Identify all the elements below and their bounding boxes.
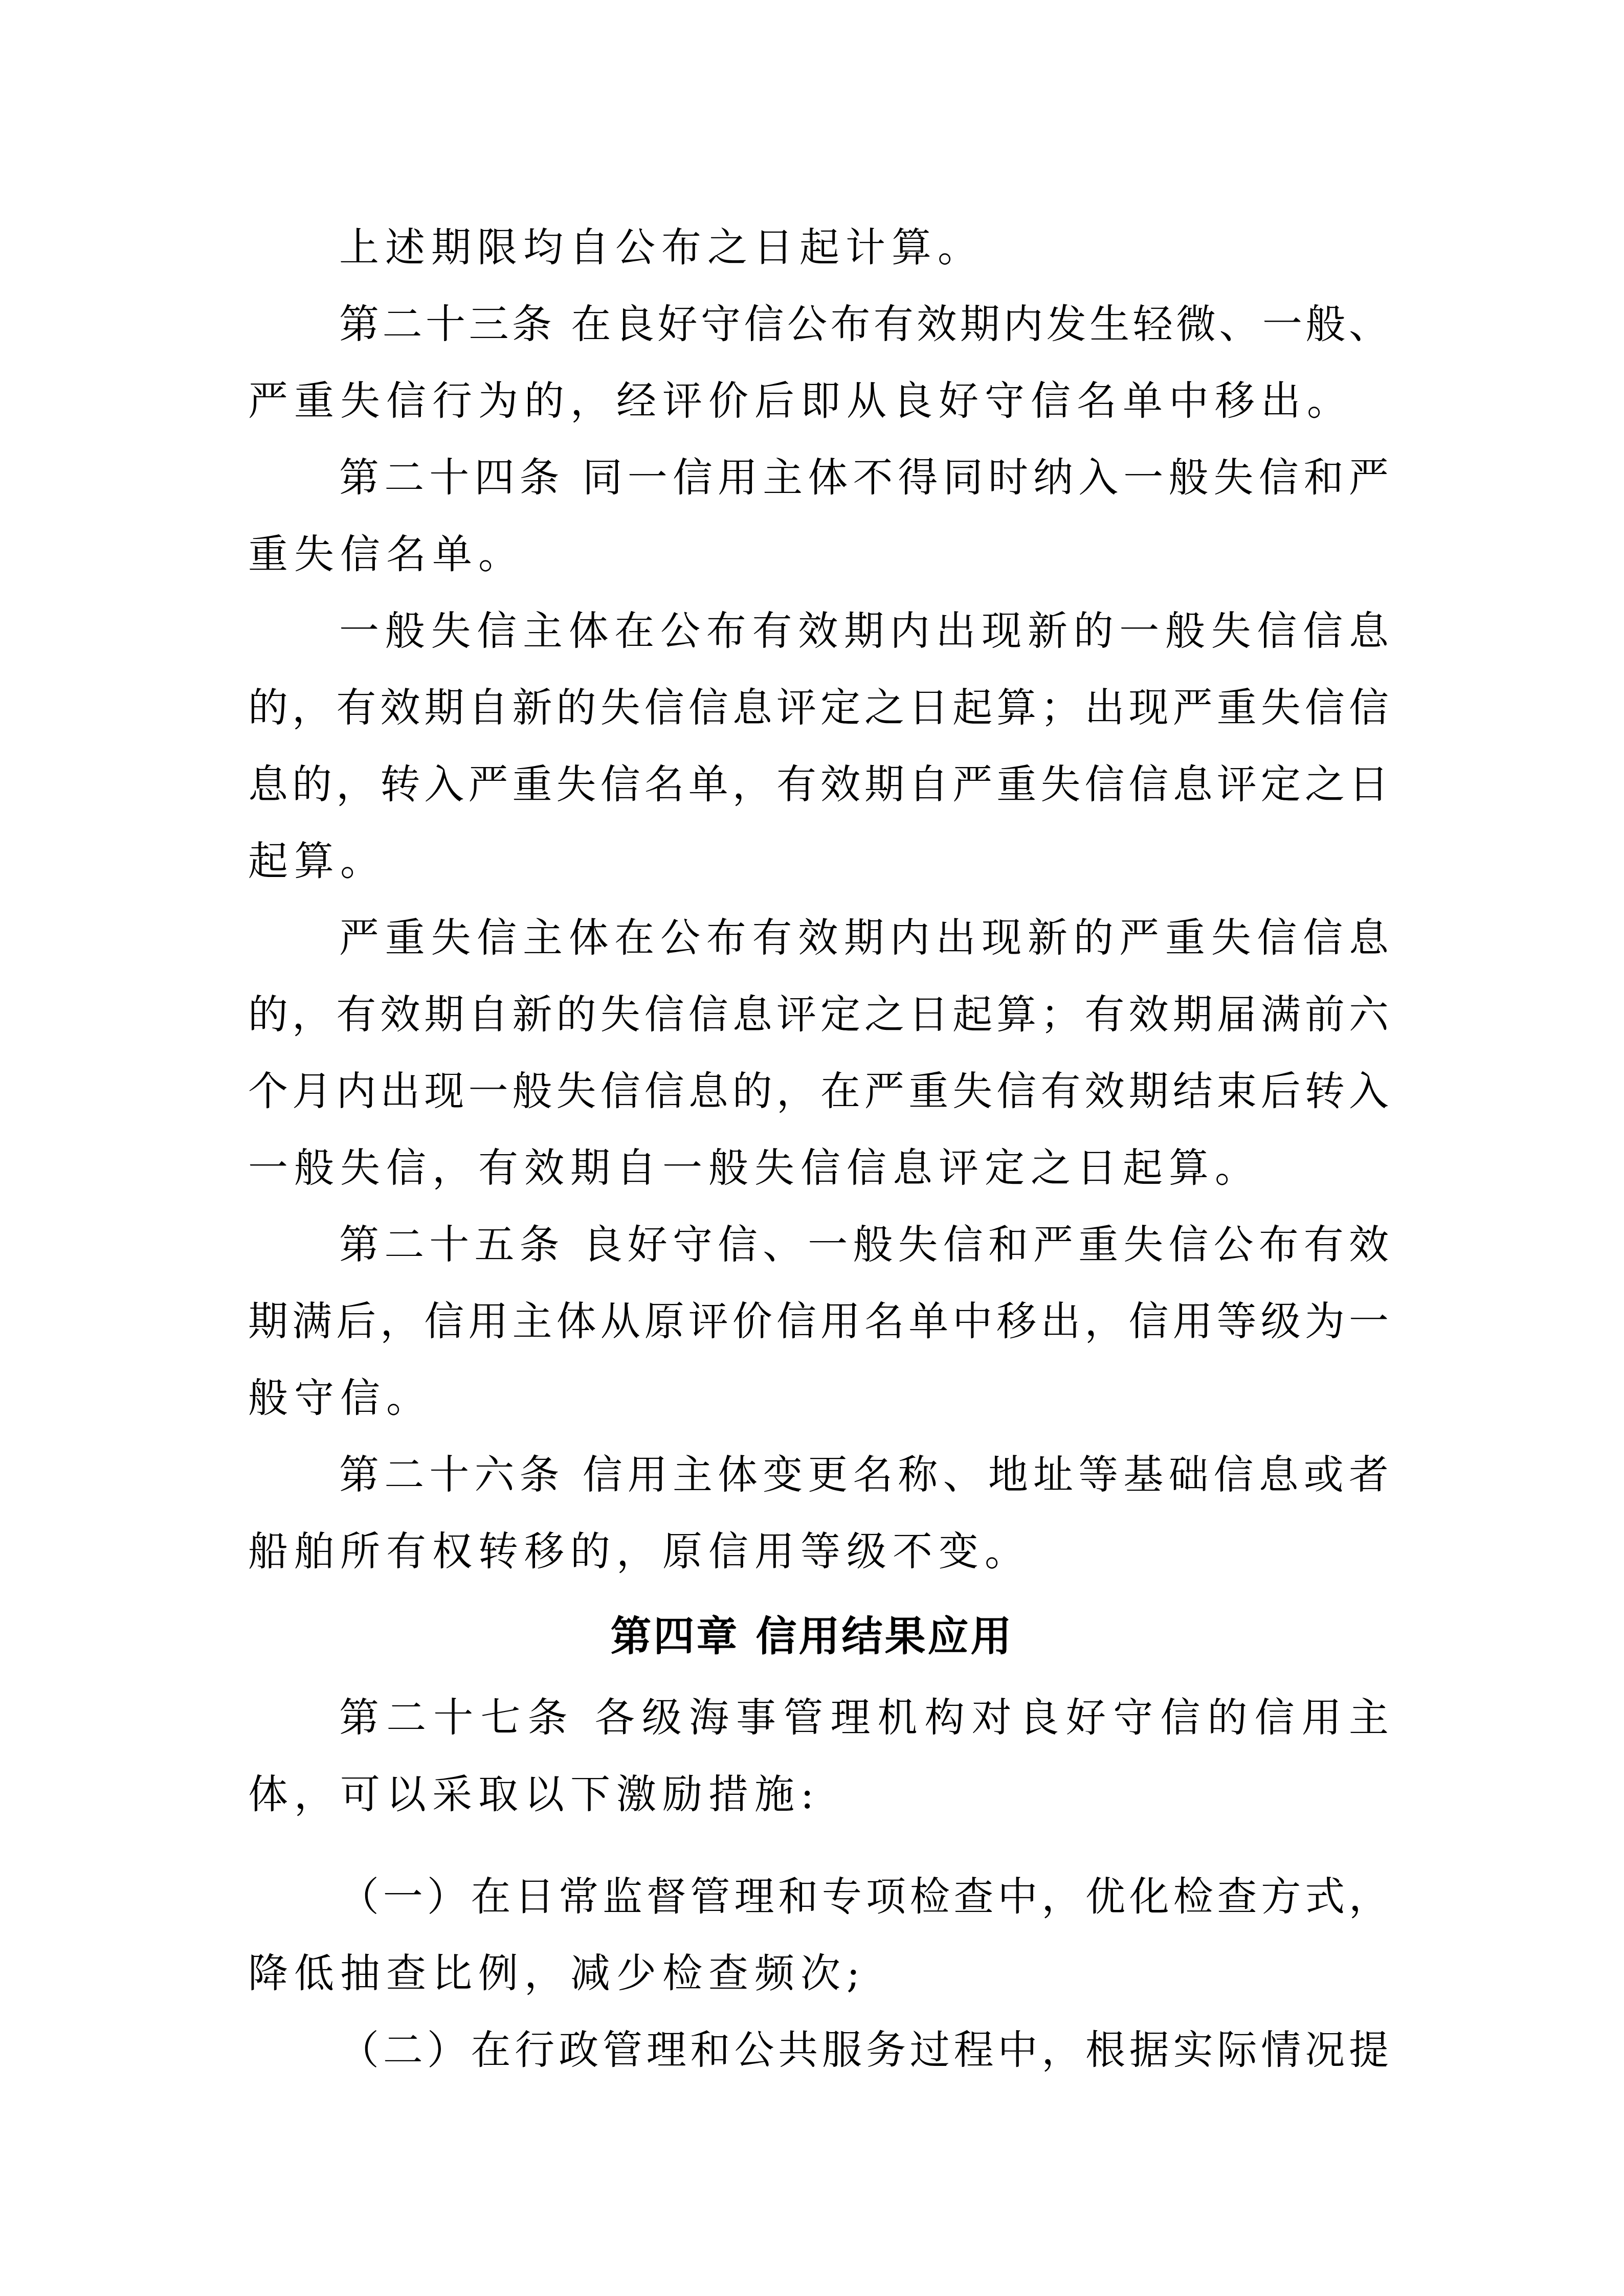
article-24-line-1: 第二十四条 同一信用主体不得同时纳入一般失信和严 xyxy=(339,453,1389,504)
paragraph-general-dishonesty-line-2: 的，有效期自新的失信信息评定之日起算；出现严重失信信 xyxy=(248,683,1389,734)
article-26-line-1: 第二十六条 信用主体变更名称、地址等基础信息或者 xyxy=(339,1450,1389,1501)
paragraph-serious-dishonesty-line-1: 严重失信主体在公布有效期内出现新的严重失信信息 xyxy=(339,913,1389,964)
item-1-line-2: 降低抽查比例，减少检查频次; xyxy=(248,1948,1389,1999)
article-23-line-1: 第二十三条 在良好守信公布有效期内发生轻微、一般、 xyxy=(339,299,1389,350)
document-page: 上述期限均自公布之日起计算。 第二十三条 在良好守信公布有效期内发生轻微、一般、… xyxy=(0,0,1624,2296)
paragraph-serious-dishonesty-line-2: 的，有效期自新的失信信息评定之日起算；有效期届满前六 xyxy=(248,989,1389,1041)
article-27-line-1: 第二十七条 各级海事管理机构对良好守信的信用主 xyxy=(339,1693,1389,1744)
paragraph-general-dishonesty-line-1: 一般失信主体在公布有效期内出现新的一般失信信息 xyxy=(339,606,1389,657)
article-27-line-2: 体，可以采取以下激励措施: xyxy=(248,1769,1389,1820)
article-25-line-2: 期满后，信用主体从原评价信用名单中移出，信用等级为一 xyxy=(248,1296,1389,1347)
paragraph-general-dishonesty-line-4: 起算。 xyxy=(248,836,1389,887)
paragraph-general-dishonesty-line-3: 息的，转入严重失信名单，有效期自严重失信信息评定之日 xyxy=(248,759,1389,811)
paragraph-serious-dishonesty-line-4: 一般失信，有效期自一般失信信息评定之日起算。 xyxy=(248,1143,1389,1194)
article-24-line-2: 重失信名单。 xyxy=(248,529,1389,580)
article-23-line-2: 严重失信行为的，经评价后即从良好守信名单中移出。 xyxy=(248,376,1389,427)
paragraph-line: 上述期限均自公布之日起计算。 xyxy=(339,222,1389,274)
chapter-heading: 第四章 信用结果应用 xyxy=(0,1611,1624,1662)
item-1-line-1: （一）在日常监督管理和专项检查中，优化检查方式， xyxy=(339,1872,1389,1923)
item-2-line-1: （二）在行政管理和公共服务过程中，根据实际情况提 xyxy=(339,2025,1389,2076)
article-25-line-3: 般守信。 xyxy=(248,1373,1389,1424)
article-25-line-1: 第二十五条 良好守信、一般失信和严重失信公布有效 xyxy=(339,1220,1389,1271)
article-26-line-2: 船舶所有权转移的，原信用等级不变。 xyxy=(248,1526,1389,1578)
paragraph-serious-dishonesty-line-3: 个月内出现一般失信信息的，在严重失信有效期结束后转入 xyxy=(248,1066,1389,1117)
